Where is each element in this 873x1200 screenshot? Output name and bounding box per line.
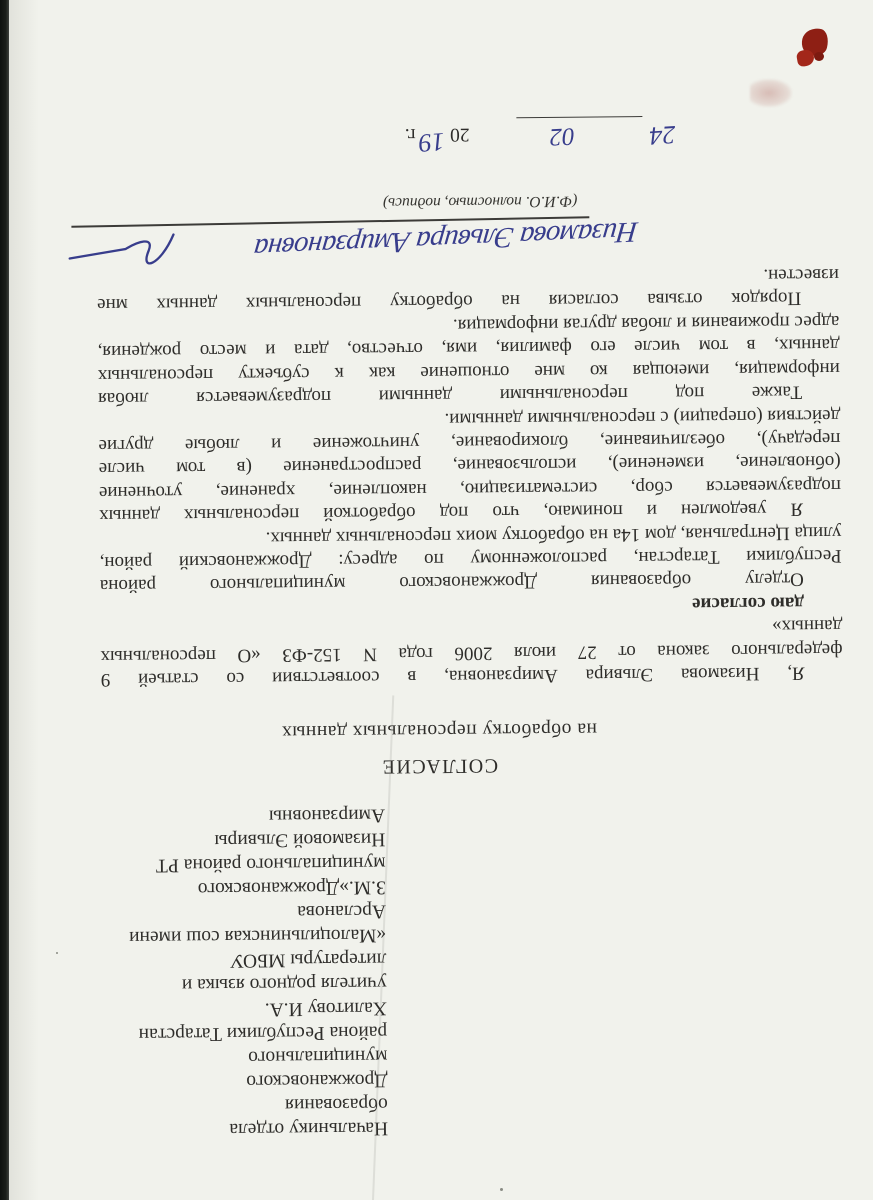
date-suffix: г.: [405, 123, 416, 145]
pink-ink-smudge: [750, 79, 792, 107]
handwritten-date-month: 02: [549, 121, 575, 150]
addressee-line: Дрожжановского: [77, 1067, 387, 1094]
paper-speck: [500, 1188, 503, 1191]
handwritten-date-year: 19: [417, 126, 445, 158]
addressee-line: Халитову И.А.: [77, 995, 387, 1022]
addressee-line: литературы МБОУ: [76, 947, 386, 974]
paper-speck: [56, 952, 58, 954]
addressee-line: Амирзановны: [75, 802, 385, 829]
document-content: Начальнику отдела образования Дрожжановс…: [0, 0, 873, 1200]
addressee-line: образования: [78, 1091, 388, 1118]
scanned-document: Начальнику отдела образования Дрожжановс…: [0, 0, 873, 1200]
red-ink-stain-blob: [814, 52, 824, 61]
addressee-line: Арсланова: [76, 899, 386, 926]
paper-speck: [420, 295, 422, 297]
addressee-line: района Республики Татарстан: [77, 1019, 387, 1046]
addressee-line: Низамовой Эльвиры: [75, 826, 385, 853]
addressee-line: З.М.»Дрожжановского: [76, 874, 386, 901]
date-year-printed: 20: [450, 123, 470, 145]
scanner-edge-strip: [0, 0, 9, 1200]
signature-caption: (Ф.И.О. полностью, подпись): [354, 191, 606, 211]
heading-block: СОГЛАСИЕ на обработку персональных данны…: [34, 715, 845, 781]
red-ink-stain: [794, 26, 834, 74]
addressee-line: муниципального: [77, 1043, 387, 1070]
date-underline: [516, 116, 642, 118]
handwritten-date-day: 24: [649, 119, 677, 151]
addressee-line: Начальнику отдела: [78, 1115, 388, 1142]
addressee-line: муниципального района РТ: [75, 850, 385, 877]
addressee-block: Начальнику отдела образования Дрожжановс…: [75, 802, 388, 1142]
document-subtitle: на обработку персональных данных: [34, 715, 844, 745]
document-title: СОГЛАСИЕ: [34, 750, 844, 781]
addressee-line: «Малоцильнинская сош имени: [76, 923, 386, 950]
addressee-line: учителя родного языка и: [77, 971, 387, 998]
paper-edge-shadow: [9, 0, 39, 1200]
paper-page: Начальнику отдела образования Дрожжановс…: [0, 0, 873, 1200]
body-text: Я, Низамова Эльвира Амирзановна, в соотв…: [97, 263, 843, 691]
